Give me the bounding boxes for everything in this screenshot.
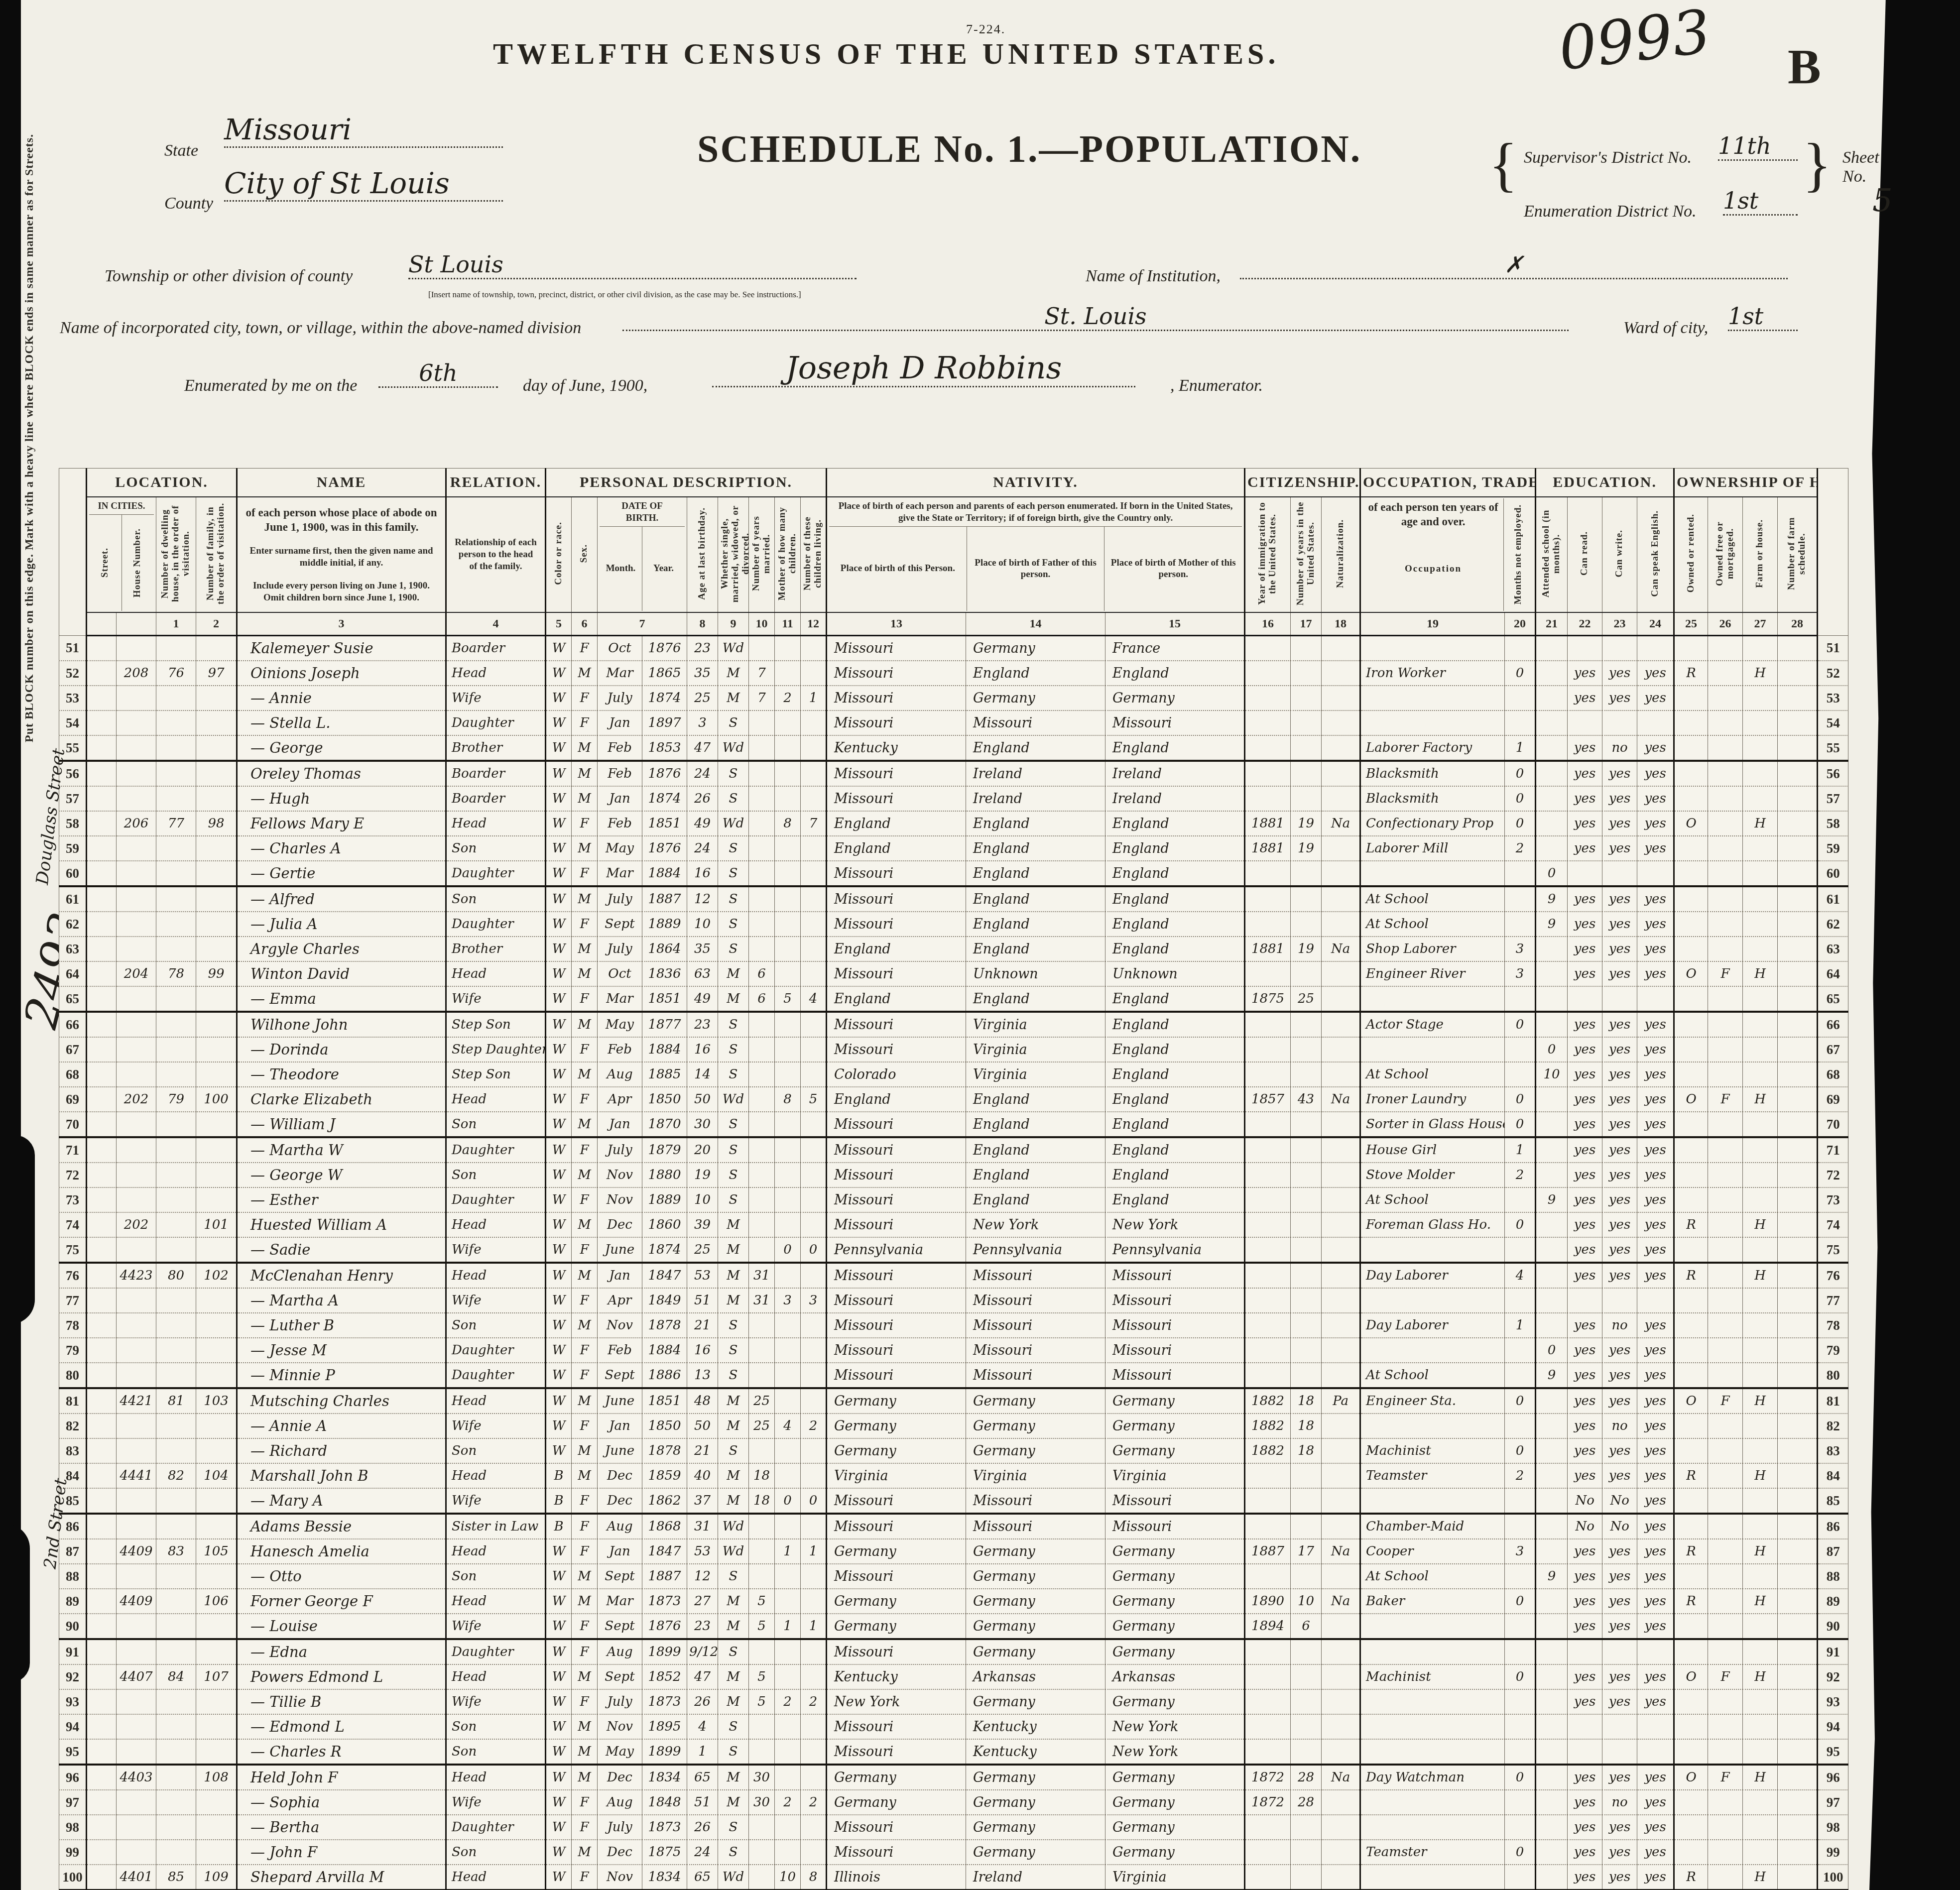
cell-sch — [1536, 1012, 1568, 1037]
cell-house — [117, 886, 156, 912]
cell-im: 1857 — [1245, 1087, 1291, 1112]
cell-house — [117, 937, 156, 961]
cell-s: F — [572, 1639, 598, 1664]
cell-yr: 1834 — [642, 1765, 687, 1790]
cell-yu: 19 — [1291, 811, 1322, 836]
cell-wr: yes — [1602, 961, 1637, 986]
cell-c: W — [546, 1564, 572, 1589]
cell-pf: England — [966, 1137, 1105, 1163]
cell-street — [87, 1288, 117, 1313]
cell-n2: 55 — [1818, 735, 1848, 761]
cell-sch: 0 — [1536, 1037, 1568, 1062]
cell-rel: Brother — [446, 735, 546, 761]
cell-mo: Nov — [598, 1865, 642, 1890]
cell-mo: Nov — [598, 1163, 642, 1187]
cell-c: W — [546, 961, 572, 986]
cell-wr: yes — [1602, 1689, 1637, 1714]
column-number: 27 — [1743, 612, 1778, 636]
cell-c: W — [546, 1012, 572, 1037]
census-row: 82— Annie AWifeWFJan185050M2542GermanyGe… — [59, 1414, 1848, 1438]
cell-fam — [196, 1338, 237, 1363]
cell-fs — [1778, 1664, 1818, 1689]
cell-yu — [1291, 1187, 1322, 1212]
cell-fam: 99 — [196, 961, 237, 986]
cell-nat — [1322, 1313, 1360, 1338]
cell-rd: yes — [1568, 761, 1602, 786]
cell-rd: yes — [1568, 1163, 1602, 1187]
cell-en: yes — [1637, 1187, 1674, 1212]
census-row: 59— Charles ASonWMMay187624SEnglandEngla… — [59, 836, 1848, 861]
cell-ch — [775, 1363, 801, 1388]
cell-n: 54 — [59, 710, 87, 735]
cell-n2: 88 — [1818, 1564, 1848, 1589]
cell-street — [87, 861, 117, 886]
cell-nat — [1322, 1463, 1360, 1488]
column-number: 18 — [1322, 612, 1360, 636]
cell-mo: July — [598, 686, 642, 710]
cell-rd — [1568, 1639, 1602, 1664]
cell-fs — [1778, 1212, 1818, 1237]
cell-rel: Daughter — [446, 912, 546, 937]
cell-im — [1245, 961, 1291, 986]
cell-ow — [1674, 1037, 1708, 1062]
cell-fam — [196, 1815, 237, 1840]
cell-pf: England — [966, 861, 1105, 886]
cell-mo: Dec — [598, 1840, 642, 1865]
cell-wr: yes — [1602, 661, 1637, 686]
cell-yu — [1291, 961, 1322, 986]
cell-im — [1245, 1137, 1291, 1163]
cell-n: 77 — [59, 1288, 87, 1313]
cell-street — [87, 836, 117, 861]
cell-fr — [1708, 912, 1743, 937]
cell-n2: 89 — [1818, 1589, 1848, 1614]
cell-age: 26 — [687, 786, 718, 811]
cell-m: Wd — [718, 1087, 749, 1112]
cell-n: 72 — [59, 1163, 87, 1187]
cell-pb: Missouri — [827, 761, 966, 786]
cell-fs — [1778, 1313, 1818, 1338]
cell-yr: 1887 — [642, 1564, 687, 1589]
cell-wr: yes — [1602, 937, 1637, 961]
cell-wr: no — [1602, 1313, 1637, 1338]
cell-n: 83 — [59, 1438, 87, 1463]
cell-fs — [1778, 1137, 1818, 1163]
cell-fr — [1708, 1237, 1743, 1263]
cell-c: W — [546, 786, 572, 811]
header-in-cities: IN CITIES. Street. House Number. — [87, 497, 156, 612]
cell-c: W — [546, 661, 572, 686]
cell-fr — [1708, 661, 1743, 686]
cell-nat — [1322, 786, 1360, 811]
cell-occ — [1360, 986, 1505, 1012]
census-row: 522087697Oinions JosephHeadWMMar186535M7… — [59, 661, 1848, 686]
cell-n: 94 — [59, 1714, 87, 1739]
cell-ow: O — [1674, 1087, 1708, 1112]
cell-s: F — [572, 1187, 598, 1212]
cell-n: 89 — [59, 1589, 87, 1614]
cell-im — [1245, 636, 1291, 661]
cell-fh — [1743, 861, 1778, 886]
cell-ow — [1674, 1614, 1708, 1639]
cell-fam — [196, 710, 237, 735]
cell-cl — [801, 836, 827, 861]
cell-dw — [156, 1589, 196, 1614]
cell-occ — [1360, 1237, 1505, 1263]
cell-n2: 59 — [1818, 836, 1848, 861]
supervisor-district-value: 11th — [1718, 132, 1798, 161]
cell-m: S — [718, 886, 749, 912]
cell-mne: 3 — [1505, 1539, 1536, 1564]
cell-street — [87, 811, 117, 836]
cell-age: 25 — [687, 686, 718, 710]
cell-rel: Wife — [446, 686, 546, 710]
cell-fam — [196, 937, 237, 961]
cell-ch — [775, 1514, 801, 1539]
cell-sch — [1536, 1112, 1568, 1137]
cell-im — [1245, 1815, 1291, 1840]
cell-mo: Feb — [598, 761, 642, 786]
column-number: 28 — [1778, 612, 1818, 636]
cell-m: S — [718, 836, 749, 861]
cell-pm: Missouri — [1105, 1313, 1245, 1338]
cell-dw: 84 — [156, 1664, 196, 1689]
cell-yu — [1291, 1112, 1322, 1137]
cell-dw — [156, 1237, 196, 1263]
cell-pb: Missouri — [827, 1288, 966, 1313]
cell-mne — [1505, 1187, 1536, 1212]
cell-ow — [1674, 1112, 1708, 1137]
cell-fs — [1778, 735, 1818, 761]
cell-fam — [196, 1163, 237, 1187]
cell-street — [87, 761, 117, 786]
cell-fr — [1708, 1815, 1743, 1840]
cell-pm: Pennsylvania — [1105, 1237, 1245, 1263]
cell-dw — [156, 1488, 196, 1514]
cell-rel: Head — [446, 1087, 546, 1112]
cell-fam — [196, 1062, 237, 1087]
cell-name: — Minnie P — [237, 1363, 446, 1388]
cell-yu — [1291, 861, 1322, 886]
cell-name: Adams Bessie — [237, 1514, 446, 1539]
group-name: NAME — [237, 469, 446, 497]
cell-fr — [1708, 1463, 1743, 1488]
cell-c: W — [546, 1388, 572, 1414]
cell-cl — [801, 1338, 827, 1363]
cell-occ: Confectionary Prop — [1360, 811, 1505, 836]
cell-rel: Head — [446, 1589, 546, 1614]
cell-street — [87, 1664, 117, 1689]
cell-yu — [1291, 636, 1322, 661]
cell-im: 1881 — [1245, 937, 1291, 961]
cell-ch — [775, 937, 801, 961]
cell-mne — [1505, 1488, 1536, 1514]
cell-ym — [749, 1338, 775, 1363]
census-row: 85— Mary AWifeBFDec186237M1800MissouriMi… — [59, 1488, 1848, 1514]
cell-name: Hanesch Amelia — [237, 1539, 446, 1564]
cell-nat — [1322, 1037, 1360, 1062]
cell-age: 49 — [687, 811, 718, 836]
cell-rd — [1568, 1288, 1602, 1313]
cell-c: W — [546, 761, 572, 786]
cell-fam: 97 — [196, 661, 237, 686]
cell-cl: 7 — [801, 811, 827, 836]
cell-n: 79 — [59, 1338, 87, 1363]
census-row: 79— Jesse MDaughterWFFeb188416SMissouriM… — [59, 1338, 1848, 1363]
cell-mo: July — [598, 1137, 642, 1163]
cell-nat — [1322, 636, 1360, 661]
cell-s: M — [572, 1739, 598, 1765]
cell-n: 68 — [59, 1062, 87, 1087]
census-row: 74202101Huested William AHeadWMDec186039… — [59, 1212, 1848, 1237]
group-ownership: OWNERSHIP OF HOME. — [1674, 469, 1818, 497]
cell-wr: yes — [1602, 1589, 1637, 1614]
row-number-header-left — [59, 469, 87, 636]
cell-m: M — [718, 1488, 749, 1514]
cell-rel: Head — [446, 1388, 546, 1414]
cell-ow — [1674, 861, 1708, 886]
cell-fh — [1743, 1564, 1778, 1589]
cell-c: W — [546, 1263, 572, 1288]
cell-pb: Colorado — [827, 1062, 966, 1087]
cell-fam — [196, 861, 237, 886]
cell-im — [1245, 1564, 1291, 1589]
cell-house: 208 — [117, 661, 156, 686]
cell-name: — Louise — [237, 1614, 446, 1639]
cell-yr: 1884 — [642, 1037, 687, 1062]
cell-sch: 0 — [1536, 861, 1568, 886]
cell-mne: 3 — [1505, 961, 1536, 986]
cell-c: W — [546, 861, 572, 886]
cell-ow — [1674, 1840, 1708, 1865]
cell-ch — [775, 1840, 801, 1865]
cell-street — [87, 937, 117, 961]
cell-rd: yes — [1568, 1137, 1602, 1163]
cell-mne: 0 — [1505, 1112, 1536, 1137]
cell-m: S — [718, 861, 749, 886]
cell-dw — [156, 912, 196, 937]
column-number: 6 — [572, 612, 598, 636]
cell-pb: Illinois — [827, 1865, 966, 1890]
col-color-label: Color or race. — [546, 497, 572, 612]
cell-ow: O — [1674, 1388, 1708, 1414]
cell-house — [117, 1313, 156, 1338]
cell-pm: Missouri — [1105, 1263, 1245, 1288]
cell-pb: Missouri — [827, 636, 966, 661]
cell-street — [87, 636, 117, 661]
cell-ch: 8 — [775, 1087, 801, 1112]
cell-dw — [156, 1187, 196, 1212]
cell-pb: Missouri — [827, 1639, 966, 1664]
cell-name: — John F — [237, 1840, 446, 1865]
cell-wr — [1602, 1639, 1637, 1664]
cell-mne — [1505, 1564, 1536, 1589]
cell-n: 62 — [59, 912, 87, 937]
cell-mo: Jan — [598, 1414, 642, 1438]
cell-ow — [1674, 886, 1708, 912]
cell-ow — [1674, 1414, 1708, 1438]
cell-rel: Head — [446, 1765, 546, 1790]
cell-im — [1245, 1664, 1291, 1689]
cell-house — [117, 1338, 156, 1363]
cell-pf: Virginia — [966, 1062, 1105, 1087]
cell-dw: 76 — [156, 661, 196, 686]
cell-ow — [1674, 937, 1708, 961]
cell-ym — [749, 886, 775, 912]
cell-yr: 1876 — [642, 836, 687, 861]
cell-house — [117, 912, 156, 937]
cell-fh: H — [1743, 1388, 1778, 1414]
cell-occ — [1360, 1488, 1505, 1514]
cell-pb: Missouri — [827, 1163, 966, 1187]
cell-age: 50 — [687, 1087, 718, 1112]
cell-rd — [1568, 636, 1602, 661]
cell-mo: Sept — [598, 1664, 642, 1689]
cell-dw — [156, 836, 196, 861]
cell-cl: 8 — [801, 1865, 827, 1890]
cell-yr: 1852 — [642, 1664, 687, 1689]
cell-sch — [1536, 1689, 1568, 1714]
cell-im: 1887 — [1245, 1539, 1291, 1564]
cell-im — [1245, 1463, 1291, 1488]
enumerator-name: Joseph D Robbins — [712, 350, 1135, 387]
cell-fam — [196, 836, 237, 861]
cell-s: F — [572, 986, 598, 1012]
cell-cl — [801, 761, 827, 786]
cell-sch — [1536, 1865, 1568, 1890]
cell-ch — [775, 861, 801, 886]
cell-name: — Gertie — [237, 861, 446, 886]
form-header: 7-224. TWELFTH CENSUS OF THE UNITED STAT… — [60, 8, 1877, 462]
cell-rd: yes — [1568, 1112, 1602, 1137]
cell-im: 1890 — [1245, 1589, 1291, 1614]
cell-house — [117, 1112, 156, 1137]
cell-en: yes — [1637, 686, 1674, 710]
cell-yr: 1850 — [642, 1087, 687, 1112]
row-number-header-right — [1818, 469, 1848, 636]
cell-fam — [196, 1840, 237, 1865]
cell-yr: 1873 — [642, 1589, 687, 1614]
cell-n: 98 — [59, 1815, 87, 1840]
census-row: 94— Edmond LSonWMNov18954SMissouriKentuc… — [59, 1714, 1848, 1739]
cell-mne: 0 — [1505, 1664, 1536, 1689]
cell-sch — [1536, 1414, 1568, 1438]
cell-n2: 57 — [1818, 786, 1848, 811]
cell-ch: 2 — [775, 1790, 801, 1815]
cell-wr: yes — [1602, 1388, 1637, 1414]
column-numbers-row: 1234567891011121314151617181920212223242… — [59, 612, 1848, 636]
cell-pf: Germany — [966, 1765, 1105, 1790]
cell-m: M — [718, 986, 749, 1012]
cell-street — [87, 1313, 117, 1338]
cell-age: 53 — [687, 1263, 718, 1288]
cell-rd: yes — [1568, 786, 1602, 811]
cell-mne — [1505, 1363, 1536, 1388]
cell-mo: June — [598, 1388, 642, 1414]
cell-name: — Jesse M — [237, 1338, 446, 1363]
cell-house — [117, 1012, 156, 1037]
cell-wr: yes — [1602, 811, 1637, 836]
cell-nat — [1322, 661, 1360, 686]
census-row: 86Adams BessieSister in LawBFAug186831Wd… — [59, 1514, 1848, 1539]
cell-im — [1245, 1037, 1291, 1062]
cell-dw — [156, 1163, 196, 1187]
cell-n2: 72 — [1818, 1163, 1848, 1187]
cell-nat — [1322, 836, 1360, 861]
cell-ym — [749, 1815, 775, 1840]
cell-c: W — [546, 1539, 572, 1564]
cell-sch — [1536, 1288, 1568, 1313]
cell-occ: At School — [1360, 1062, 1505, 1087]
cell-yu — [1291, 786, 1322, 811]
cell-yu — [1291, 761, 1322, 786]
cell-cl — [801, 661, 827, 686]
cell-street — [87, 1488, 117, 1514]
cell-fam — [196, 1414, 237, 1438]
cell-ow — [1674, 1564, 1708, 1589]
cell-fr — [1708, 686, 1743, 710]
cell-rd: yes — [1568, 1689, 1602, 1714]
cell-cl: 5 — [801, 1087, 827, 1112]
cell-rd — [1568, 1714, 1602, 1739]
cell-c: W — [546, 1112, 572, 1137]
cell-n2: 94 — [1818, 1714, 1848, 1739]
cell-age: 26 — [687, 1815, 718, 1840]
cell-house — [117, 861, 156, 886]
census-row: 87440983105Hanesch AmeliaHeadWFJan184753… — [59, 1539, 1848, 1564]
cell-fs — [1778, 1840, 1818, 1865]
cell-pf: England — [966, 986, 1105, 1012]
cell-fs — [1778, 986, 1818, 1012]
cell-pm: Germany — [1105, 1639, 1245, 1664]
col-pob-mother-label: Place of birth of Mother of this person. — [1104, 527, 1242, 611]
cell-pm: Germany — [1105, 686, 1245, 710]
cell-fam — [196, 1514, 237, 1539]
col-children-living-label: Number of these children living. — [801, 497, 827, 612]
cell-mo: Feb — [598, 1037, 642, 1062]
cell-n2: 65 — [1818, 986, 1848, 1012]
cell-fr — [1708, 1739, 1743, 1765]
cell-dw: 80 — [156, 1263, 196, 1288]
cell-fh — [1743, 1714, 1778, 1739]
cell-mo: Jan — [598, 1539, 642, 1564]
cell-fam — [196, 1714, 237, 1739]
incorporated-label: Name of incorporated city, town, or vill… — [60, 319, 581, 338]
cell-cl — [801, 1313, 827, 1338]
cell-fs — [1778, 786, 1818, 811]
column-number: 3 — [237, 612, 446, 636]
cell-yr: 1895 — [642, 1714, 687, 1739]
dob-month-label: Month. — [600, 527, 642, 611]
cell-pf: England — [966, 661, 1105, 686]
cell-fam — [196, 1639, 237, 1664]
cell-s: F — [572, 1790, 598, 1815]
cell-pf: England — [966, 735, 1105, 761]
col-write-label: Can write. — [1602, 497, 1637, 612]
cell-street — [87, 1438, 117, 1463]
cell-pb: Missouri — [827, 1263, 966, 1288]
cell-name: — Hugh — [237, 786, 446, 811]
cell-name: Wilhone John — [237, 1012, 446, 1037]
cell-pm: Ireland — [1105, 786, 1245, 811]
cell-dw: 79 — [156, 1087, 196, 1112]
cell-street — [87, 1840, 117, 1865]
cell-pf: Arkansas — [966, 1664, 1105, 1689]
census-table-wrap: LOCATION. NAME RELATION. PERSONAL DESCRI… — [59, 468, 1848, 1890]
cell-wr: yes — [1602, 1463, 1637, 1488]
cell-n2: 82 — [1818, 1414, 1848, 1438]
cell-ow — [1674, 1689, 1708, 1714]
